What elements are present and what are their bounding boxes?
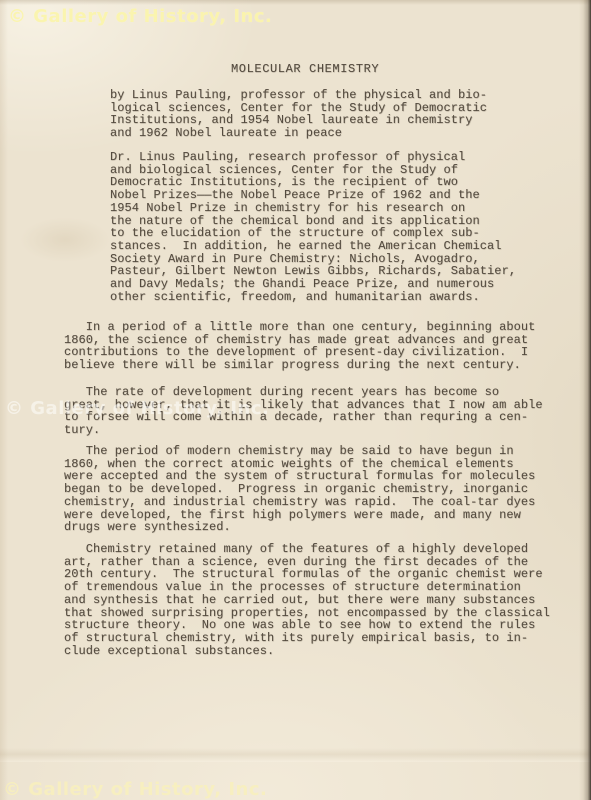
watermark-top: © Gallery of History, Inc. [8, 6, 272, 27]
paper-crease [0, 748, 591, 762]
paragraph-rate-of-development: The rate of development during recent ye… [64, 386, 543, 437]
watermark-bottom: © Gallery of History, Inc. [3, 779, 267, 800]
scanned-page: MOLECULAR CHEMISTRY by Linus Pauling, pr… [0, 0, 591, 800]
paragraph-chemistry-retained: Chemistry retained many of the features … [64, 543, 550, 657]
document-title: MOLECULAR CHEMISTRY [231, 63, 379, 76]
paper-edge-top [0, 0, 591, 5]
paper-edge-right [579, 0, 591, 800]
paragraph-bio: Dr. Linus Pauling, research professor of… [110, 151, 516, 303]
paragraph-modern-chemistry: The period of modern chemistry may be sa… [64, 445, 535, 534]
paragraph-century-progress: In a period of a little more than one ce… [64, 321, 535, 372]
paragraph-byline: by Linus Pauling, professor of the physi… [110, 89, 487, 140]
paper-edge-left [0, 0, 8, 800]
